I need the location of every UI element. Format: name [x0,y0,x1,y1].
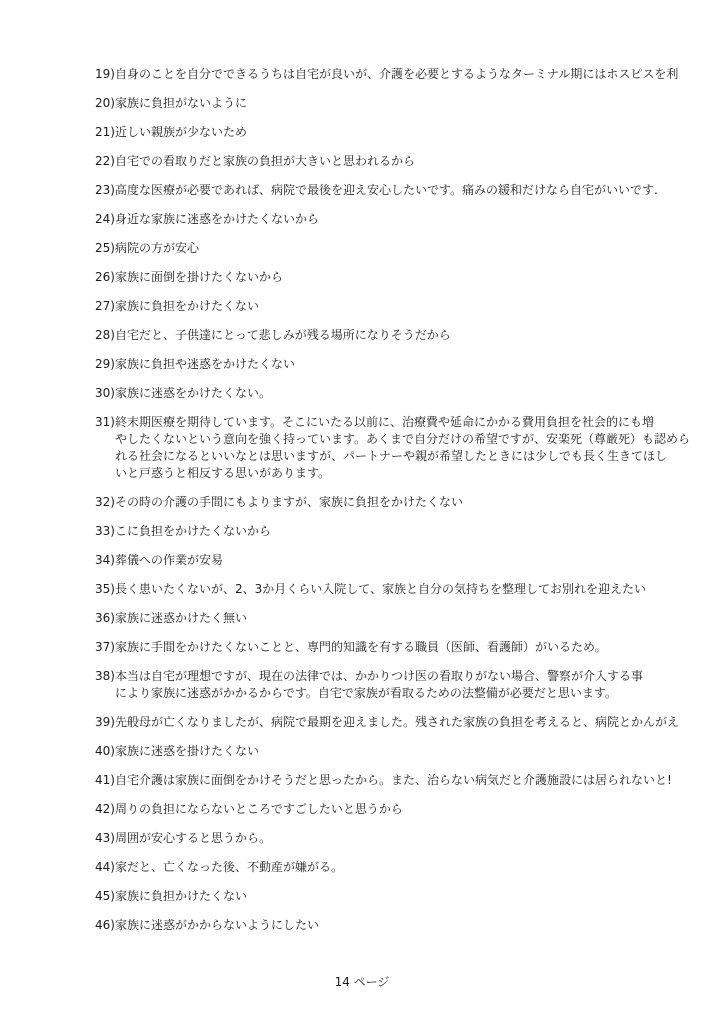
item-text: 自宅介護は家族に面倒をかけそうだと思ったから。また、治らない病気だと介護施設には… [115,772,713,789]
item-text: 家族に負担がないように [115,95,713,112]
list-item: 43) 周囲が安心すると思うから。 [95,830,713,847]
list-item: 28) 自宅だと、子供達にとって悲しみが残る場所になりそうだから [95,327,713,344]
response-list: 19) 自身のことを自分でできるうちは自宅が良いが、介護を必要とするようなターミ… [95,66,713,946]
list-item: 22) 自宅での看取りだと家族の負担が大きいと思われるから [95,153,713,170]
list-item: 25) 病院の方が安心 [95,240,713,257]
page-footer: 14 ページ [0,974,724,991]
list-item: 37) 家族に手間をかけたくないことと、専門的知識を有する職員（医師、看護師）が… [95,639,713,656]
item-text: 周りの負担にならないところですごしたいと思うから [115,801,713,818]
item-number: 36) [95,610,115,627]
item-number: 23) [95,182,115,199]
list-item: 34) 葬儀への作業が安易 [95,552,713,569]
page-number: 14 ページ [335,975,390,989]
item-number: 29) [95,356,115,373]
list-item: 27) 家族に負担をかけたくない [95,298,713,315]
item-number: 44) [95,859,115,876]
item-number: 21) [95,124,115,141]
item-number: 28) [95,327,115,344]
list-item: 46) 家族に迷惑がかからないようにしたい [95,917,713,934]
list-item: 40) 家族に迷惑を掛けたくない [95,743,713,760]
list-item: 39) 先般母が亡くなりましたが、病院で最期を迎えました。残された家族の負担を考… [95,714,713,731]
item-text: 家族に負担や迷惑をかけたくない [115,356,713,373]
item-text: その時の介護の手間にもよりますが、家族に負担をかけたくない [115,494,713,511]
item-text: 家族に迷惑がかからないようにしたい [115,917,713,934]
item-text: 長く患いたくないが、2、3か月くらい入院して、家族と自分の気持ちを整理してお別れ… [115,581,713,598]
list-item: 36) 家族に迷惑かけたく無い [95,610,713,627]
item-text: 家族に迷惑を掛けたくない [115,743,713,760]
item-number: 37) [95,639,115,656]
list-item: 44) 家だと、亡くなった後、不動産が嫌がる。 [95,859,713,876]
item-text: 終末期医療を期待しています。そこにいたる以前に、治療費や延命にかかる費用負担を社… [115,414,713,482]
item-text: 病院の方が安心 [115,240,713,257]
item-text: 自宅での看取りだと家族の負担が大きいと思われるから [115,153,713,170]
list-item: 30) 家族に迷惑をかけたくない。 [95,385,713,402]
item-text: 身近な家族に迷惑をかけたくないから [115,211,713,228]
item-text: 先般母が亡くなりましたが、病院で最期を迎えました。残された家族の負担を考えると、… [115,714,713,731]
item-text: 家族に迷惑をかけたくない。 [115,385,713,402]
item-text: 葬儀への作業が安易 [115,552,713,569]
item-text: 近しい親族が少ないため [115,124,713,141]
item-text: 周囲が安心すると思うから。 [115,830,713,847]
item-number: 41) [95,772,115,789]
item-number: 20) [95,95,115,112]
list-item: 26) 家族に面倒を掛けたくないから [95,269,713,286]
list-item: 35) 長く患いたくないが、2、3か月くらい入院して、家族と自分の気持ちを整理し… [95,581,713,598]
item-number: 40) [95,743,115,760]
item-number: 33) [95,523,115,540]
item-number: 31) [95,414,115,431]
item-text: 高度な医療が必要であれば、病院で最後を迎え安心したいです。痛みの緩和だけなら自宅… [115,182,713,199]
item-number: 26) [95,269,115,286]
item-number: 39) [95,714,115,731]
item-number: 22) [95,153,115,170]
list-item: 38) 本当は自宅が理想ですが、現在の法律では、かかりつけ医の看取りがない場合、… [95,668,713,702]
item-text: 自身のことを自分でできるうちは自宅が良いが、介護を必要とするようなターミナル期に… [115,66,713,83]
item-number: 32) [95,494,115,511]
list-item: 42) 周りの負担にならないところですごしたいと思うから [95,801,713,818]
item-number: 42) [95,801,115,818]
item-number: 43) [95,830,115,847]
list-item: 19) 自身のことを自分でできるうちは自宅が良いが、介護を必要とするようなターミ… [95,66,713,83]
item-number: 27) [95,298,115,315]
item-text: 家族に負担かけたくない [115,888,713,905]
list-item: 41) 自宅介護は家族に面倒をかけそうだと思ったから。また、治らない病気だと介護… [95,772,713,789]
item-number: 34) [95,552,115,569]
item-text: 家族に手間をかけたくないことと、専門的知識を有する職員（医師、看護師）がいるため… [115,639,713,656]
item-text: 家族に負担をかけたくない [115,298,713,315]
list-item: 21) 近しい親族が少ないため [95,124,713,141]
item-number: 19) [95,66,115,83]
list-item: 45) 家族に負担かけたくない [95,888,713,905]
item-text: 本当は自宅が理想ですが、現在の法律では、かかりつけ医の看取りがない場合、警察が介… [115,668,713,702]
item-number: 24) [95,211,115,228]
item-number: 35) [95,581,115,598]
item-text: 家だと、亡くなった後、不動産が嫌がる。 [115,859,713,876]
item-text: こに負担をかけたくないから [115,523,713,540]
item-number: 45) [95,888,115,905]
list-item: 23) 高度な医療が必要であれば、病院で最後を迎え安心したいです。痛みの緩和だけ… [95,182,713,199]
list-item: 31) 終末期医療を期待しています。そこにいたる以前に、治療費や延命にかかる費用… [95,414,713,482]
list-item: 20) 家族に負担がないように [95,95,713,112]
item-text: 家族に迷惑かけたく無い [115,610,713,627]
list-item: 24) 身近な家族に迷惑をかけたくないから [95,211,713,228]
item-text: 自宅だと、子供達にとって悲しみが残る場所になりそうだから [115,327,713,344]
list-item: 33) こに負担をかけたくないから [95,523,713,540]
item-number: 46) [95,917,115,934]
list-item: 29) 家族に負担や迷惑をかけたくない [95,356,713,373]
item-text: 家族に面倒を掛けたくないから [115,269,713,286]
item-number: 38) [95,668,115,685]
item-number: 30) [95,385,115,402]
list-item: 32) その時の介護の手間にもよりますが、家族に負担をかけたくない [95,494,713,511]
item-number: 25) [95,240,115,257]
document-page: 19) 自身のことを自分でできるうちは自宅が良いが、介護を必要とするようなターミ… [0,0,724,1024]
